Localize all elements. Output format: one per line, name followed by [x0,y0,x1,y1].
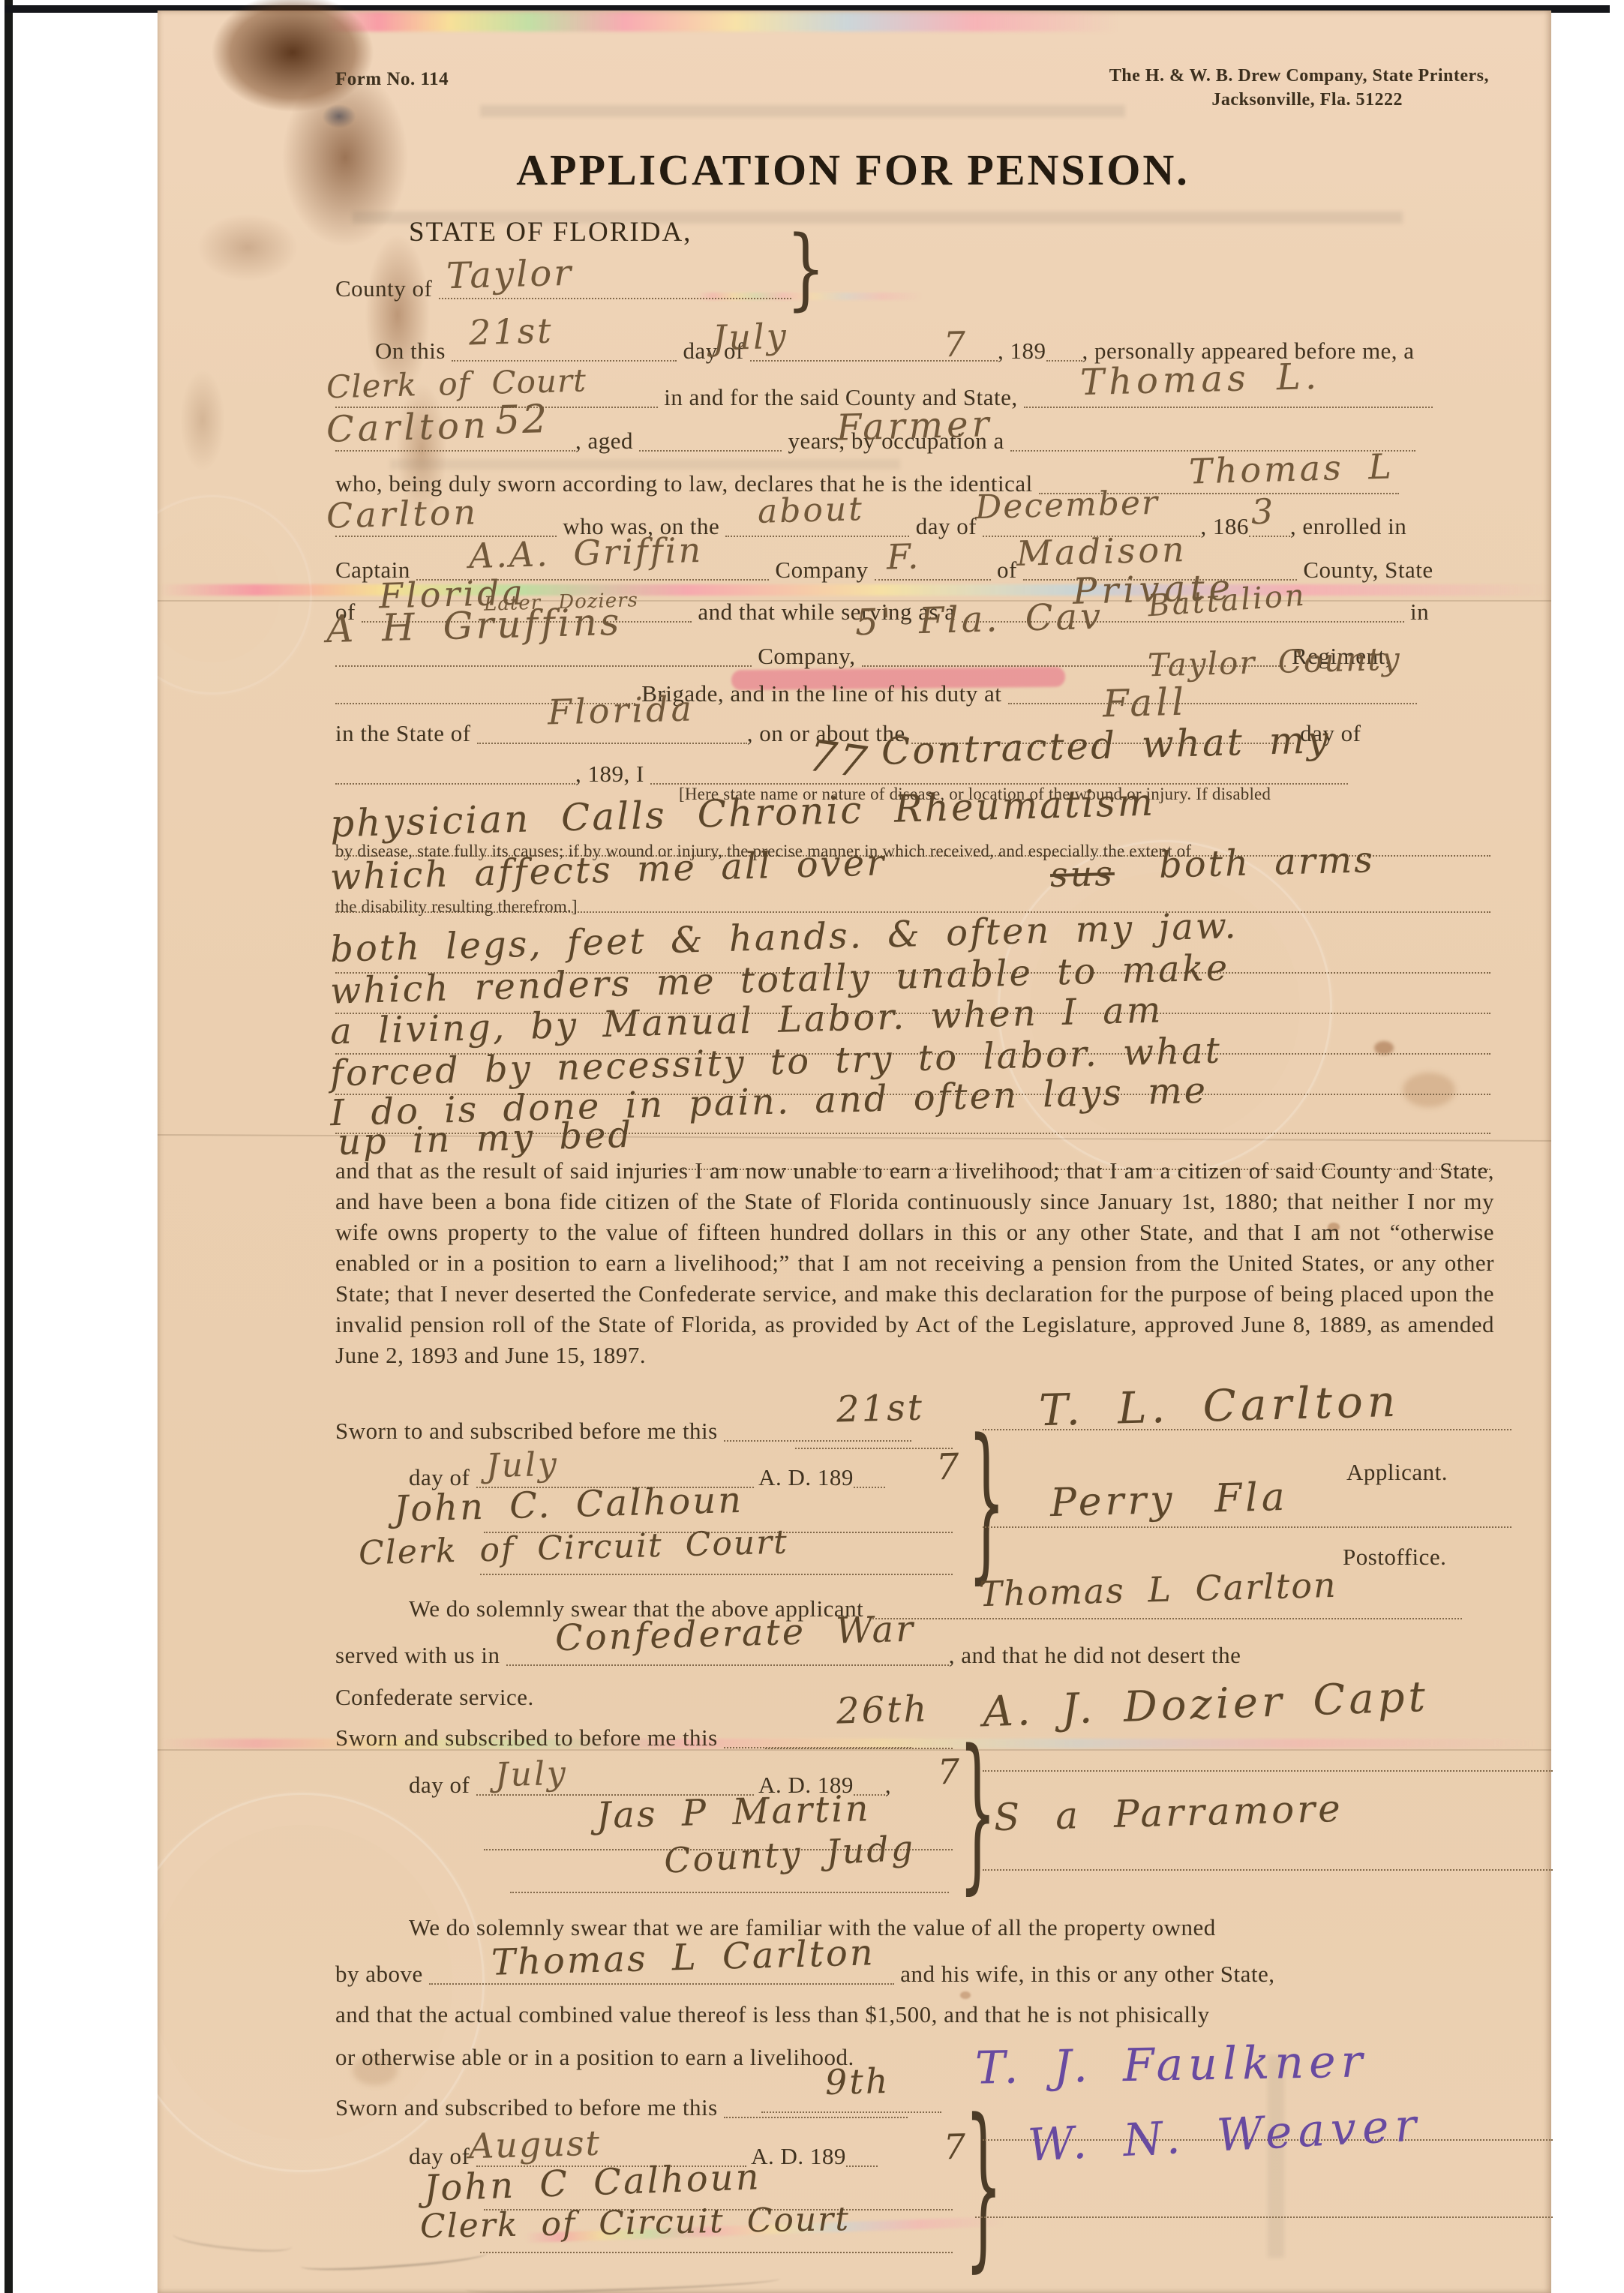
sworn1-year-blank [854,1463,885,1488]
applicant-name-handwritten: Thomas L. [1079,356,1321,404]
pre-year-blank [335,759,575,785]
date-day-handwritten: 21st [468,311,554,353]
applicant-label: Applicant. [1346,1459,1448,1486]
i-label: , I [624,761,644,787]
struck-word-handwritten: sus [1049,853,1115,895]
sworn1-day-handwritten: 21st [836,1386,924,1430]
show-through-text [480,105,1125,117]
enroll-year-handwritten: 3 [1250,491,1276,533]
company2-label: Company, [758,643,855,669]
sworn3-brace: } [965,2082,1002,2289]
postoffice-rule [983,1526,1511,1528]
paper-stain [960,1991,971,1999]
officer3-title-rule [480,2252,953,2253]
county-value-handwritten: Taylor [446,252,574,297]
paper-stain [1403,1073,1455,1107]
officer-title-rule [480,1574,953,1575]
wife-label: and his wife, in this or any other State… [900,1961,1274,1987]
regiment-handwritten: 5' Fla. Cav [854,596,1104,644]
in-label: in [1410,599,1429,625]
ad-label: A. D. 189 [751,2143,846,2169]
sworn3-label: Sworn and subscribed to before me this [335,2094,718,2120]
valuer1-signature: T. J. Faulkner [974,2035,1367,2094]
sworn1-brace: } [968,1404,1005,1600]
enrolled-label: , enrolled in [1290,513,1406,539]
officer2-title-rule [510,1892,949,1893]
state2-handwritten: Florida [547,688,695,732]
scanned-pension-document: { "header": { "form_no": "Form No. 114",… [0,0,1624,2293]
confederate-service-label: Confederate service. [335,1684,534,1711]
sworn1-year-handwritten: 7 [935,1446,962,1489]
duty-place-handwritten: Taylor County [1147,641,1401,684]
declaration-paragraph: and that as the result of said injuries … [335,1155,1494,1370]
witness2-signature: S a Parramore [993,1787,1343,1839]
day-of-label: day of [409,2143,470,2169]
day-of-label: day of [916,513,977,539]
form-number: Form No. 114 [335,69,449,90]
by-above-label: by above [335,1961,423,1987]
state-heading: STATE OF FLORIDA, [409,216,692,248]
duty-place-blank [1008,679,1417,704]
note-disability: the disability resulting therefrom.] [335,897,578,917]
sworn3-day-rule [761,2111,941,2113]
comma: , [885,1772,891,1798]
sworn2-brace: } [959,1715,996,1910]
on-this-label: On this [375,338,446,364]
sworn3-day-handwritten: 9th [824,2060,890,2102]
livelihood-line: or otherwise able or in a position to ea… [335,2044,854,2071]
sworn3-officer-title: Clerk of Circuit Court [420,2200,851,2246]
county-brace: } [786,216,826,320]
enroll-county-handwritten: Madison [1016,529,1187,574]
enroll-month-handwritten: December [974,484,1159,527]
sworn2-label: Sworn and subscribed to before me this [335,1724,718,1751]
age-handwritten: 52 [494,397,550,443]
printer-imprint-line2: Jacksonville, Fla. 51222 [1211,90,1403,110]
captain-name-handwritten: A.A. Griffin [468,530,703,576]
aged-label: , aged [575,428,633,454]
show-through-text [390,459,900,470]
sworn1-day-rule [795,1448,953,1449]
date-month-handwritten: July [712,316,788,359]
valuer2-signature-rule [975,2216,1553,2218]
scan-glare-band-middle [159,584,1550,596]
injury-day-handwritten: Fall [1102,680,1188,726]
county-label: County of [335,275,432,302]
in-state-label: in the State of [335,720,471,746]
day-of-label: day of [409,1772,470,1798]
occupation-handwritten: Farmer [836,403,993,449]
disease-line7-handwritten: up in my bed [337,1114,634,1163]
company-letter-handwritten: F. [886,536,921,577]
sworn2-year-handwritten: 7 [937,1751,962,1793]
line-brigade: Brigade, and in the line of his duty at [335,679,1417,707]
served-label: served with us in [335,1642,500,1668]
applicant-surname-handwritten: Carlton [326,404,490,451]
company-label: Company [775,557,868,583]
embossed-seal [113,495,312,695]
injury-year-handwritten: 77 [806,730,872,788]
enroll-day-handwritten: about [757,490,864,531]
y186-printed: , 186 [1200,513,1249,539]
year-printed: , 189 [998,338,1046,364]
both-arms-handwritten: both arms [1158,839,1375,887]
sworn2-officer-signature: Jas P Martin [596,1787,871,1837]
sworn3-line: Sworn and subscribed to before me this [335,2093,908,2121]
sworn2-day-handwritten: 26th [836,1688,929,1732]
sworn3-month-handwritten: August [468,2123,601,2167]
value-line: and that the actual combined value there… [335,2001,1210,2028]
postoffice-handwritten: Perry Fla [1049,1475,1289,1526]
year-blank [1046,336,1082,362]
document-title: APPLICATION FOR PENSION. [516,145,1189,195]
sworn3-year-handwritten: 7 [943,2126,968,2168]
scan-glare-band-top [323,12,1118,32]
sworn1-line: Sworn to and subscribed before me this [335,1416,911,1445]
printer-imprint-line1: The H. & W. B. Drew Company, State Print… [1109,66,1489,86]
of-label: of [997,557,1017,583]
sworn3-year-blank [846,2141,878,2167]
date-year-handwritten: 7 [943,324,968,365]
y189b-printed: , 189 [575,761,624,787]
sworn1-month-handwritten: July [485,1445,559,1486]
age-blank [639,426,782,452]
not-desert-label: , and that he did not desert the [949,1642,1241,1668]
identical-name-handwritten: Thomas L [1188,446,1394,491]
sworn1-label: Sworn to and subscribed before me this [335,1418,718,1444]
witness1-signature-rule [983,1770,1553,1772]
sworn2-day-rule [765,1748,953,1749]
brigade-label: Brigade, and in the line of his duty at [641,680,1001,707]
sworn2-month-handwritten: July [494,1754,568,1795]
postoffice-label: Postoffice. [1343,1544,1446,1571]
county-state-label: County, State [1303,557,1433,583]
identical-surname-handwritten: Carlton [326,491,479,536]
later-note-handwritten: Later Doziers [484,589,639,615]
ad-label: A. D. 189 [758,1464,854,1490]
applicant-signature: T. L. Carlton [1038,1376,1400,1436]
witness2-signature-rule [983,1869,1553,1871]
scan-frame-left-edge [5,0,13,2293]
